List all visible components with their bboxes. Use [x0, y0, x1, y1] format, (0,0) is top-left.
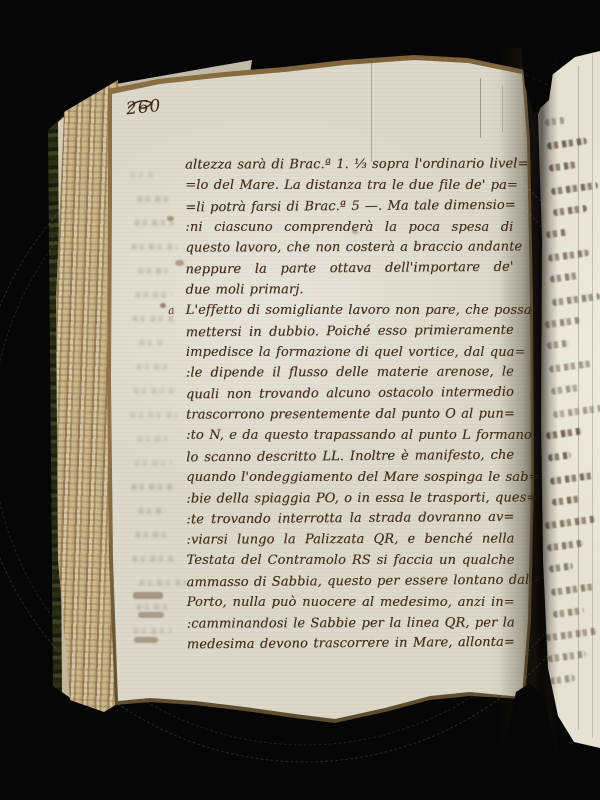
- manuscript-line: mettersi in dubbio. Poiché esso primiera…: [186, 322, 514, 345]
- chain-line: [592, 54, 593, 738]
- ink-stain: [352, 230, 358, 234]
- manuscript-line: due moli primarj.: [186, 281, 514, 303]
- page-number: 260: [125, 97, 155, 120]
- show-through-stroke: [131, 244, 178, 250]
- manuscript-line: quali non trovando alcuno ostacolo inter…: [186, 385, 514, 408]
- ink-stain: [175, 260, 184, 266]
- manuscript-line: altezza sarà di Brac.ª 1. ⅓ sopra l'ordi…: [185, 156, 513, 178]
- manuscript-line: :to N, e da questo trapassando al punto …: [186, 428, 514, 449]
- gutter-shadow: [500, 48, 558, 752]
- show-through-stroke: [130, 172, 156, 178]
- show-through-stroke: [134, 460, 172, 466]
- manuscript-line: L'effetto di somigliante lavoro non pare…: [186, 303, 514, 324]
- show-through-stroke: [130, 412, 178, 418]
- show-through-stroke: [135, 292, 172, 298]
- show-through-stroke: [138, 268, 168, 274]
- manuscript-line: ammasso di Sabbia, questo per essere lon…: [187, 573, 515, 596]
- show-through-smudge: [133, 592, 163, 599]
- manuscript-line: lo scanno descritto LL. Inoltre è manife…: [186, 448, 514, 471]
- page-number-value: 260: [125, 96, 162, 120]
- show-through-stroke: [134, 220, 174, 226]
- manuscript-line: quando l'ondeggiamento del Mare sospinga…: [186, 470, 514, 491]
- manuscript-line: :te trovando interrotta la strada dovran…: [186, 510, 514, 533]
- show-through-stroke: [133, 388, 174, 394]
- manuscript-line: :ni ciascuno comprenderà la poca spesa d…: [185, 220, 513, 241]
- show-through-stroke: [131, 484, 176, 490]
- manuscript-line: =li potrà farsi di Brac.ª 5 —. Ma tale d…: [185, 197, 513, 220]
- manuscript-line: impedisce la formazione di quel vortice,…: [186, 345, 514, 366]
- show-through-stroke: [137, 196, 170, 202]
- show-through-smudge: [138, 612, 164, 618]
- ink-stain: [160, 303, 166, 308]
- manuscript-photograph: 260 altezza sarà di Brac.ª 1. ⅓ sopra l'…: [0, 0, 600, 800]
- manuscript-line: Porto, nulla può nuocere al medesimo, an…: [187, 595, 515, 616]
- ink-stain: [167, 216, 174, 221]
- manuscript-line: trascorrono presentemente dal punto O al…: [186, 407, 514, 429]
- manuscript-line: :bie della spiaggia PO, o in essa le tra…: [186, 490, 514, 512]
- show-through-stroke: [132, 556, 174, 562]
- manuscript-line: medesima devono trascorrere in Mare, all…: [187, 635, 515, 658]
- manuscript-line: neppure la parte ottava dell'importare d…: [185, 260, 513, 283]
- show-through-stroke: [136, 364, 170, 370]
- show-through-stroke: [139, 580, 188, 586]
- chain-line: [578, 66, 579, 730]
- show-through-stroke: [133, 628, 172, 634]
- show-through-stroke: [138, 508, 166, 514]
- manuscript-line: Testata del Contramolo RS si faccia un q…: [187, 553, 515, 574]
- manuscript-line: questo lavoro, che non costerà a braccio…: [185, 240, 513, 262]
- show-through-stroke: [137, 436, 168, 442]
- chain-line: [371, 58, 372, 162]
- show-through-stroke: [135, 532, 170, 538]
- chain-line: [480, 78, 481, 138]
- manuscript-line: :le dipende il flusso delle materie aren…: [186, 365, 514, 387]
- manuscript-text-block: altezza sarà di Brac.ª 1. ⅓ sopra l'ordi…: [185, 156, 515, 657]
- show-through-stroke: [139, 340, 166, 346]
- show-through-smudge: [134, 637, 158, 643]
- manuscript-line: :camminandosi le Sabbie per la linea QR,…: [187, 615, 515, 637]
- manuscript-line: :viarsi lungo la Palizzata QR, e benché …: [186, 532, 514, 554]
- manuscript-line: =lo del Mare. La distanza tra le due fil…: [185, 178, 513, 199]
- show-through-stroke: [136, 604, 168, 610]
